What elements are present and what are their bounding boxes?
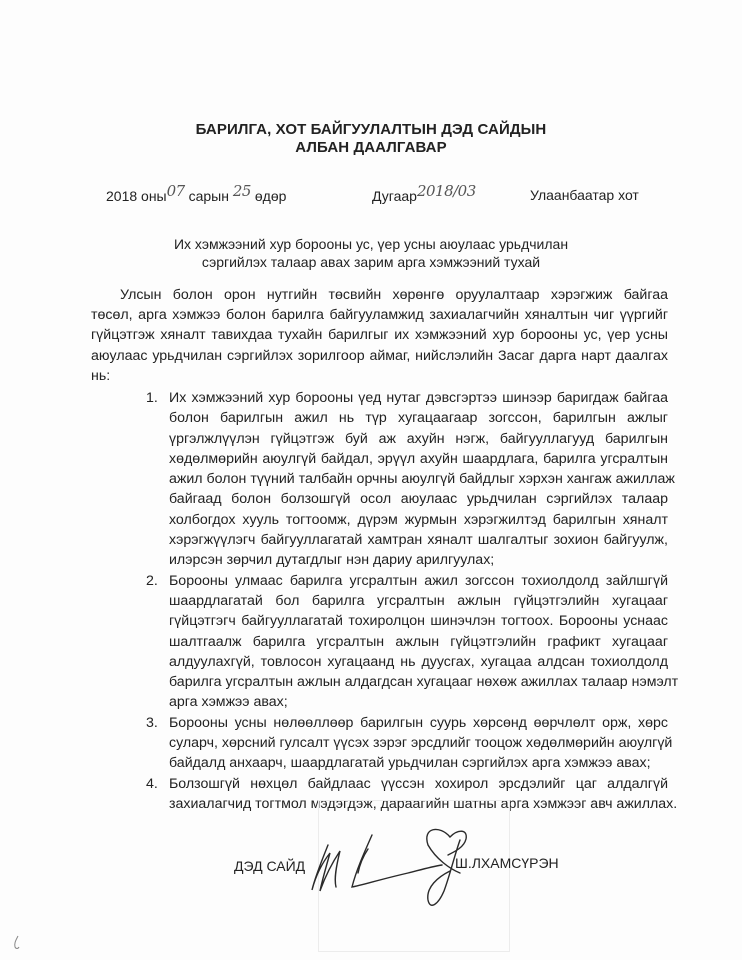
item-line: гүйцэтгэгч байгууллагатай тохиролцон шин… bbox=[169, 611, 668, 631]
intro-line: гүйцэтгэж хяналт тавихдаа тухайн барилгы… bbox=[91, 325, 668, 345]
item-line: шалтгаалж барилга угсралтын ажлын гүйцэт… bbox=[169, 632, 668, 652]
signatory-role: ДЭД САЙД bbox=[234, 858, 305, 874]
month-handwritten: 07 bbox=[167, 182, 185, 200]
intro-line: Улсын болон орон нутгийн төсвийн хөрөнгө… bbox=[91, 285, 668, 305]
month-label: сарын bbox=[189, 188, 229, 204]
number-label: Дугаар bbox=[372, 188, 417, 204]
number-handwritten: 2018/03 bbox=[417, 182, 476, 200]
item-line: ажил болон түүний талбайн орчны аюулгүй … bbox=[169, 469, 668, 489]
directive-list: 1. Их хэмжээний хур борооны үед нутаг дэ… bbox=[146, 388, 668, 814]
subject-line2: сэргийлэх талаар авах зарим арга хэмжээн… bbox=[0, 254, 742, 270]
document-date: 2018 оны07 сарын 25 өдөр bbox=[106, 187, 286, 205]
item-line: байгаад болон болзошгүй осол аюулаас урь… bbox=[169, 489, 668, 509]
list-item: 2. Борооны улмаас барилга угсралтын ажил… bbox=[146, 571, 668, 713]
day-handwritten: 25 bbox=[233, 182, 251, 200]
list-item: 3. Борооны усны нөлөөллөөр барилгын суур… bbox=[146, 713, 668, 774]
item-number: 2. bbox=[146, 571, 158, 591]
list-item: 1. Их хэмжээний хур борооны үед нутаг дэ… bbox=[146, 388, 668, 571]
intro-paragraph: Улсын болон орон нутгийн төсвийн хөрөнгө… bbox=[91, 285, 668, 386]
day-label: өдөр bbox=[255, 188, 287, 204]
subject-line1: Их хэмжээний хур борооны ус, үер усны аю… bbox=[0, 236, 742, 252]
document-place: Улаанбаатар хот bbox=[530, 187, 639, 203]
document-page: БАРИЛГА, ХОТ БАЙГУУЛАЛТЫН ДЭД САЙДЫН АЛБ… bbox=[0, 0, 742, 960]
item-line: Болзошгүй нөхцөл байдлаас үүссэн хохирол… bbox=[169, 774, 668, 794]
item-line: Их хэмжээний хур борооны үед нутаг дэвсг… bbox=[169, 388, 668, 408]
item-line: арга хэмжээ авах; bbox=[169, 692, 668, 712]
document-title-line1: БАРИЛГА, ХОТ БАЙГУУЛАЛТЫН ДЭД САЙДЫН bbox=[0, 121, 742, 138]
item-line: байдалд анхаарч, шаардлагатай урьдчилан … bbox=[169, 753, 668, 773]
item-line: суларч, хөрсний гулсалт үүсэх зэрэг эрсд… bbox=[169, 733, 668, 753]
item-number: 4. bbox=[146, 774, 158, 794]
item-line: холбогдох хууль тогтоомж, дүрэм журмын х… bbox=[169, 510, 668, 530]
item-line: илэрсэн зөрчил дутагдлыг нэн дариу арилг… bbox=[169, 550, 668, 570]
year-text: 2018 оны bbox=[106, 188, 167, 204]
item-line: Борооны улмаас барилга угсралтын ажил зо… bbox=[169, 571, 668, 591]
document-number: Дугаар2018/03 bbox=[372, 187, 476, 205]
intro-line: нь: bbox=[91, 366, 668, 386]
scan-mark-icon bbox=[12, 935, 22, 951]
item-number: 3. bbox=[146, 713, 158, 733]
item-line: алдуулахгүй, товлосон хугацаанд нь дуусг… bbox=[169, 652, 668, 672]
document-title-line2: АЛБАН ДААЛГАВАР bbox=[0, 139, 742, 156]
item-line: барилга угсралтын ажлын алдагдсан хугаца… bbox=[169, 672, 668, 692]
handwritten-signature-icon bbox=[300, 815, 470, 915]
item-line: үргэлжлүүлэн гүйцэтгэж буй аж ахуйн нэгж… bbox=[169, 429, 668, 449]
signatory-name: Ш.ЛХАМСҮРЭН bbox=[455, 855, 559, 871]
intro-line: аюулаас урьдчилан сэргийлэх зорилгоор ай… bbox=[91, 346, 668, 366]
item-line: хөдөлмөрийн аюулгүй байдал, эрүүл ахуйн … bbox=[169, 449, 668, 469]
item-line: хэрэгжүүлэгч байгууллагатай хамтран хяна… bbox=[169, 530, 668, 550]
item-line: болон барилгын ажил нь түр хугацаагаар з… bbox=[169, 408, 668, 428]
item-line: шаардлагатай бол барилга угсралтын ажлын… bbox=[169, 591, 668, 611]
intro-line: төсөл, арга хэмжээ болон барилга байгуул… bbox=[91, 305, 668, 325]
item-line: Борооны усны нөлөөллөөр барилгын суурь х… bbox=[169, 713, 668, 733]
item-number: 1. bbox=[146, 388, 158, 408]
